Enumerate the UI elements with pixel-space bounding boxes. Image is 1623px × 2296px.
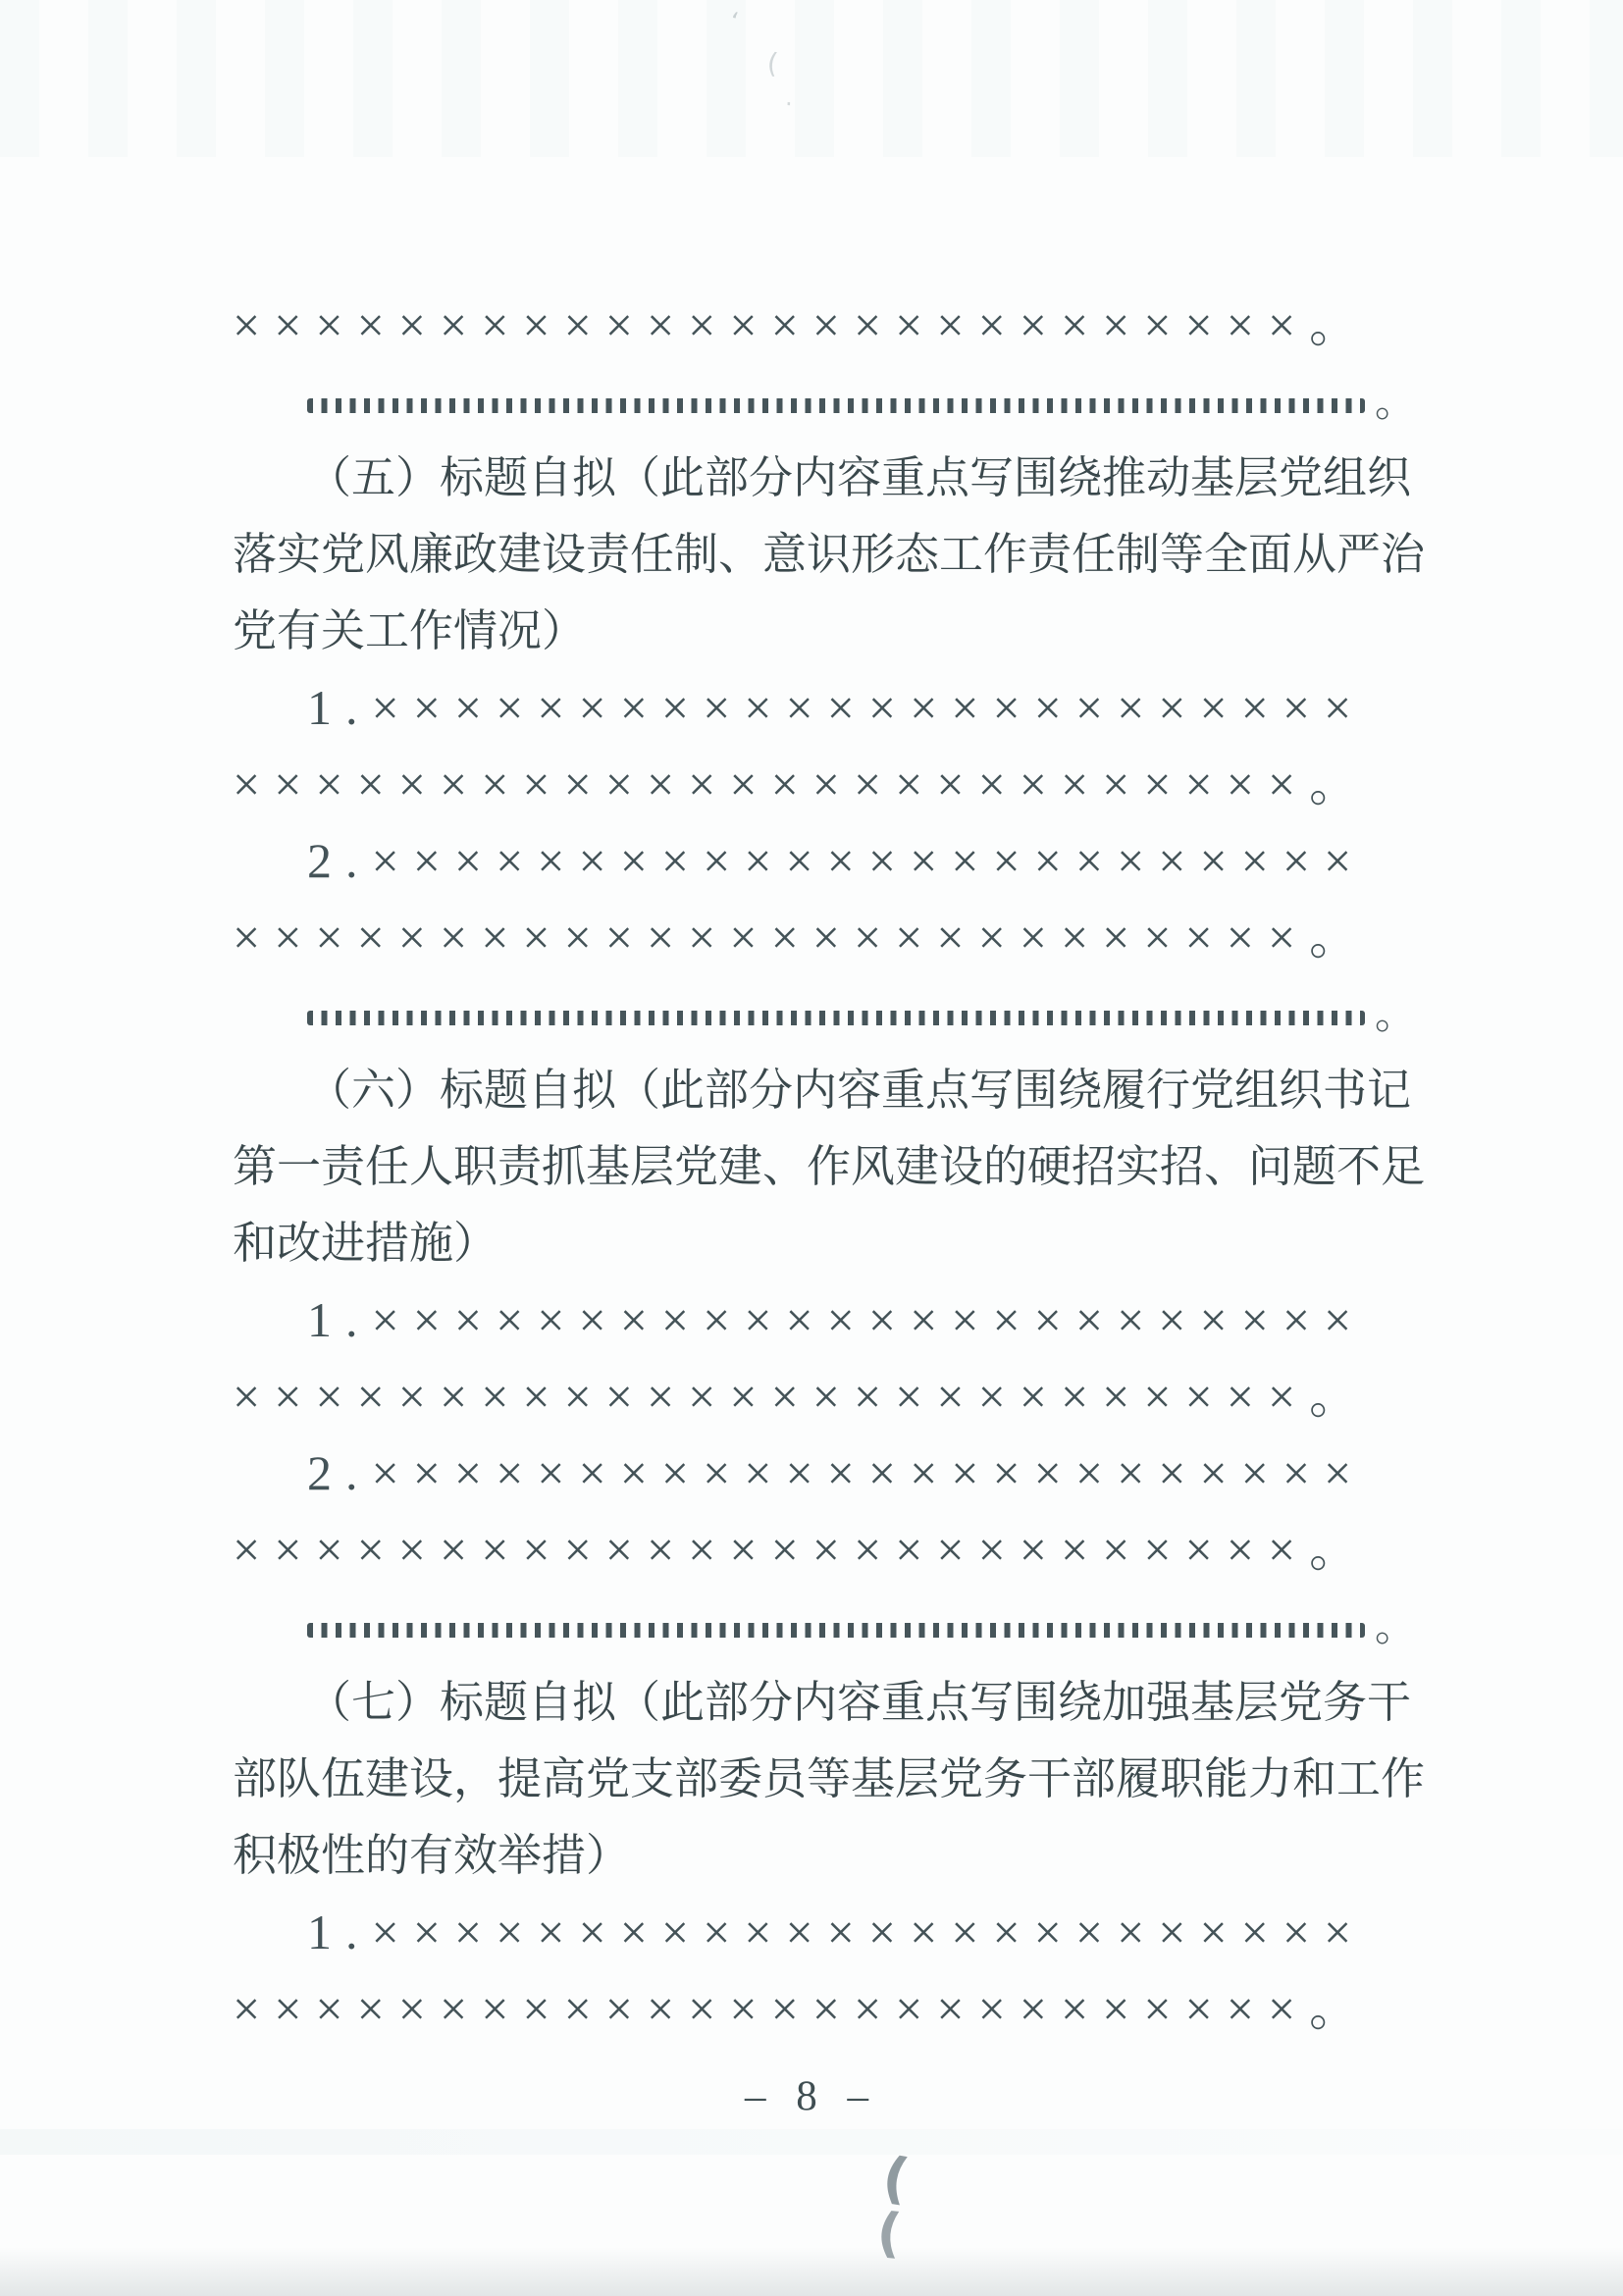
- scan-texture: [0, 0, 1623, 157]
- section-heading-line: （五）标题自拟（此部分内容重点写围绕推动基层党组织: [233, 440, 1440, 516]
- placeholder-line: ××××××××××××××××××××××××××。: [233, 287, 1440, 363]
- placeholder-line: ××××××××××××××××××××××××××。: [233, 1511, 1440, 1588]
- placeholder-line: 2.××××××××××××××××××××××××: [233, 822, 1440, 899]
- section-heading-line: 落实党风廉政建设责任制、意识形态工作责任制等全面从严治: [233, 516, 1440, 593]
- ink-smudge: ·: [785, 90, 794, 118]
- line-fullstop: 。: [1375, 1605, 1416, 1650]
- ink-smudge: (: [765, 47, 779, 80]
- placeholder-line: ××××××××××××××××××××××××××。: [233, 1358, 1440, 1435]
- section-heading-line: （七）标题自拟（此部分内容重点写围绕加强基层党务干: [233, 1664, 1440, 1741]
- placeholder-line: 1.××××××××××××××××××××××××: [233, 1281, 1440, 1358]
- document-body: ××××××××××××××××××××××××××。。（五）标题自拟（此部分内…: [233, 287, 1440, 2047]
- section-heading-line: 第一责任人职责抓基层党建、作风建设的硬招实招、问题不足: [233, 1128, 1440, 1205]
- dot-leader: [307, 1011, 1365, 1025]
- dot-leader: [307, 398, 1365, 413]
- section-heading-line: （六）标题自拟（此部分内容重点写围绕履行党组织书记: [233, 1052, 1440, 1128]
- placeholder-line: 2.××××××××××××××××××××××××: [233, 1435, 1440, 1511]
- line-fullstop: 。: [1375, 381, 1416, 426]
- placeholder-line: 1.××××××××××××××××××××××××: [233, 1894, 1440, 1970]
- section-heading-line: 积极性的有效举措）: [233, 1817, 1440, 1894]
- section-heading-line: 部队伍建设，提高党支部委员等基层党务干部履职能力和工作: [233, 1741, 1440, 1817]
- ellipsis-leader-line: 。: [233, 1588, 1440, 1664]
- dot-leader: [307, 1623, 1365, 1638]
- ellipsis-leader-line: 。: [233, 363, 1440, 440]
- line-fullstop: 。: [1375, 993, 1416, 1038]
- scan-texture: [0, 2247, 1623, 2296]
- section-heading-line: 和改进措施）: [233, 1205, 1440, 1281]
- scanned-document-page: ʻ ( · ××××××××××××××××××××××××××。。（五）标题自…: [0, 0, 1623, 2296]
- placeholder-line: 1.××××××××××××××××××××××××: [233, 669, 1440, 746]
- placeholder-line: ××××××××××××××××××××××××××。: [233, 1970, 1440, 2047]
- ellipsis-leader-line: 。: [233, 975, 1440, 1052]
- page-number: – 8 –: [0, 2072, 1623, 2120]
- placeholder-line: ××××××××××××××××××××××××××。: [233, 746, 1440, 822]
- scan-texture: [0, 2129, 1623, 2155]
- ink-smudge: (: [874, 2201, 904, 2265]
- ink-smudge: ʻ: [727, 8, 740, 38]
- section-heading-line: 党有关工作情况）: [233, 593, 1440, 669]
- placeholder-line: ××××××××××××××××××××××××××。: [233, 899, 1440, 975]
